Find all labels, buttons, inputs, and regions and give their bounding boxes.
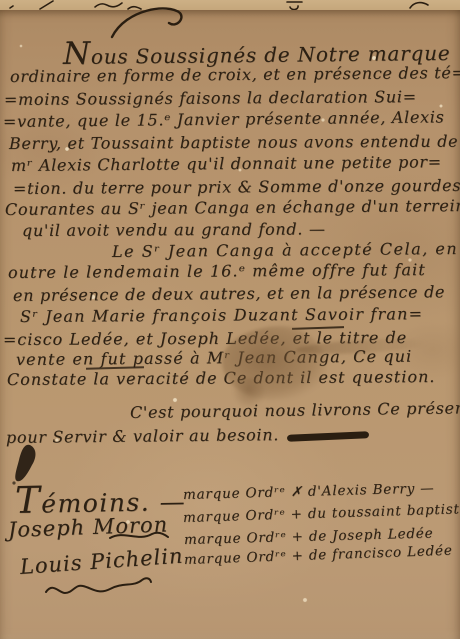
manuscript-line-10: Le Sʳ Jean Canga à accepté Cela, en xyxy=(112,239,458,261)
previous-page-edge xyxy=(0,0,460,10)
mark-line-toussaint-baptiste: marque Ordʳᵉ + du toussaint baptiste xyxy=(183,501,460,526)
manuscript-line-6: mʳ Alexis Charlotte qu'il donnait une pe… xyxy=(11,152,442,175)
manuscript-line-7: =tion. du terre pour prix & Somme d'onze… xyxy=(13,176,460,198)
paper: Nous Soussignés de Notre marque ordinair… xyxy=(0,10,460,639)
manuscript-line-9: qu'il avoit vendu au grand fond. — xyxy=(22,219,326,240)
manuscript-line-16: Constate la veracité de Ce dont il est q… xyxy=(7,367,436,389)
manuscript-line-12: en présence de deux autres, et en la pré… xyxy=(13,282,445,305)
moron-paraph-flourish-icon xyxy=(108,528,170,544)
manuscript-line-8: Courantes au Sʳ jean Canga en échange d'… xyxy=(5,196,460,219)
manuscript-line-3: =moins Soussignés faisons la declaration… xyxy=(4,87,417,109)
cutoff-writing-icon xyxy=(0,0,460,10)
manuscript-line-18: pour Servir & valoir au besoin. xyxy=(6,425,279,447)
manuscript-line-17: C'est pourquoi nous livrons Ce présent xyxy=(130,398,460,422)
manuscript-scan: Nous Soussignés de Notre marque ordinair… xyxy=(0,0,460,639)
manuscript-line-11: outre le lendemain le 16.ᵉ même offre fu… xyxy=(8,260,426,282)
manuscript-line-4: =vante, que le 15.ᵉ Janvier présente ann… xyxy=(3,107,445,131)
mark-line-alexis-berry: marque Ordʳᵉ ✗ d'Alexis Berry — xyxy=(183,480,435,503)
pichelin-paraph-flourish-icon xyxy=(42,576,154,600)
manuscript-line-5: Berry, et Toussaint baptiste nous avons … xyxy=(9,132,458,153)
manuscript-line-13: Sʳ Jean Marie françois Duzant Savoir fra… xyxy=(20,304,423,326)
witness-signature-louis-pichelin: Louis Pichelin xyxy=(19,544,184,579)
manuscript-line-2: ordinaire en forme de croix, et en prése… xyxy=(10,63,460,86)
closing-dash-stroke xyxy=(287,431,369,442)
